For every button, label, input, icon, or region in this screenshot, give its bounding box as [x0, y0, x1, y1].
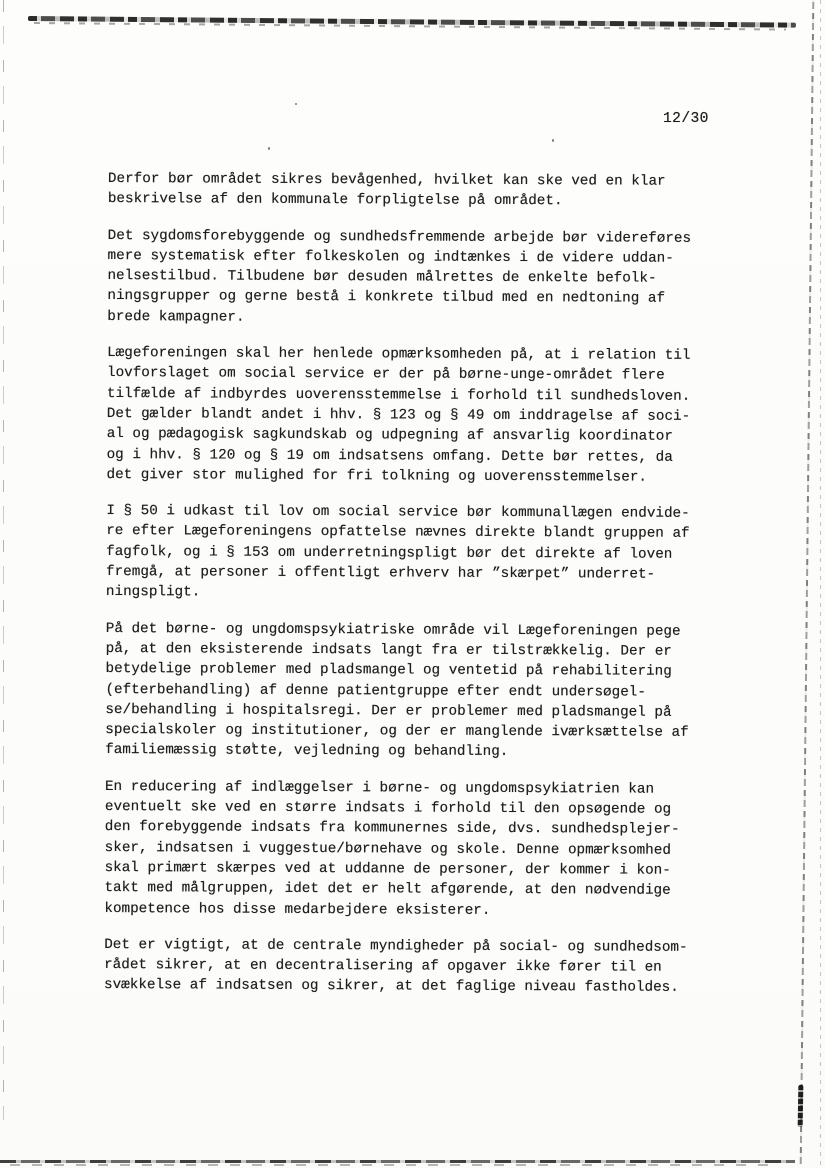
text-line: den forebyggende indsats fra kommunernes…: [105, 817, 717, 840]
text-line: Det sygdomsforebyggende og sundhedsfremm…: [108, 226, 720, 249]
scan-speck: [268, 147, 270, 150]
text-line: sker, indsatsen i vuggestue/børnehave og…: [105, 838, 717, 861]
text-line: ningspligt.: [106, 582, 718, 605]
paragraph-4: I § 50 i udkast til lov om social servic…: [106, 501, 718, 605]
text-line: og i hhv. § 120 og § 19 om indsatsens om…: [107, 445, 719, 468]
scan-speck: [552, 139, 554, 142]
scan-edge-bottom-fuzz: [10, 1164, 780, 1166]
scan-edge-right-outer: [820, 0, 821, 1168]
text-line: al og pædagogisk sagkundskab og udpegnin…: [107, 424, 719, 447]
text-line: betydelige problemer med pladsmangel og …: [106, 659, 718, 682]
text-line: det giver stor mulighed for fri tolkning…: [106, 465, 718, 488]
text-line: familiemæssig støtte, vejledning og beha…: [105, 740, 717, 763]
paragraph-7: Det er vigtigt, at de centrale myndighed…: [104, 935, 716, 999]
text-line: brede kampagner.: [107, 307, 719, 330]
paragraph-6: En reducering af indlæggelser i børne- o…: [104, 777, 717, 922]
text-line: (efterbehandling) af denne patientgruppe…: [105, 680, 717, 703]
text-line: beskrivelse af den kommunale forpligtels…: [108, 189, 720, 212]
scan-edge-right: [800, 0, 815, 1168]
scan-speck: [295, 103, 297, 105]
paragraph-1: Derfor bør området sikres bevågenhed, hv…: [108, 169, 720, 213]
text-line: ningsgrupper og gerne bestå i konkrete t…: [107, 286, 719, 309]
text-line: På det børne- og ungdomspsykiatriske omr…: [106, 619, 718, 642]
paragraph-5: På det børne- og ungdomspsykiatriske omr…: [105, 619, 718, 764]
text-line: re efter Lægeforeningens opfattelse nævn…: [106, 521, 718, 544]
document-body: Derfor bør området sikres bevågenhed, hv…: [104, 169, 720, 1015]
scan-edge-bottom: [0, 1160, 795, 1163]
text-line: takt med målgruppen, idet det er helt af…: [104, 878, 716, 901]
scan-edge-left: [3, 0, 4, 1120]
scan-blob: [798, 1085, 804, 1127]
text-line: lovforslaget om social service er der på…: [107, 363, 719, 386]
paragraph-2: Det sygdomsforebyggende og sundhedsfremm…: [107, 226, 719, 330]
text-line: kompetence hos disse medarbejdere eksist…: [104, 898, 716, 921]
page-number: 12/30: [663, 111, 709, 127]
text-line: svækkelse af indsatsen og sikrer, at det…: [104, 975, 716, 998]
paragraph-3: Lægeforeningen skal her henlede opmærkso…: [106, 343, 719, 488]
scanned-page: 12/30 Derfor bør området sikres bevågenh…: [0, 0, 825, 1168]
